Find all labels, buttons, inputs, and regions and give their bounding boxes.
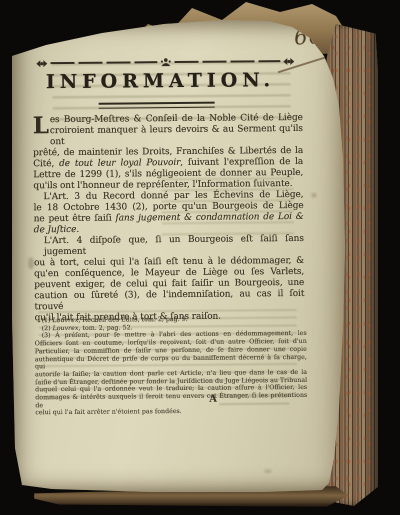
fleuron-icon (160, 57, 171, 68)
ornament-bar (50, 61, 157, 65)
page-title: INFORMATION. (10, 69, 310, 94)
header-ornament-band (36, 55, 294, 69)
paragraph: L'Art. 4 diſpoſe que, ſi un Bourgeois eſ… (34, 234, 305, 324)
footnotes: (1) Louvrex, Recueil des Édits, tom. 2, … (35, 315, 308, 418)
paragraph: Les Bourg-Meſtres & Conſeil de la Noble … (33, 113, 304, 192)
text-line: ne peut être ſaiſi ſans jugement & conda… (34, 212, 304, 225)
stain (264, 469, 272, 473)
title-rule (99, 102, 215, 109)
body-text: Les Bourg-Meſtres & Conſeil de la Noble … (33, 113, 305, 324)
page-content: 60 INFORMATION. Les Bourg-Meſtres & Conſ… (10, 17, 348, 494)
signature-mark: A (209, 394, 217, 405)
fleuron-icon (283, 55, 294, 66)
page: 60 INFORMATION. Les Bourg-Meſtres & Conſ… (12, 18, 346, 492)
book-photo: 60 INFORMATION. Les Bourg-Meſtres & Conſ… (0, 0, 400, 515)
drop-cap: L (33, 115, 49, 136)
fleuron-icon (36, 58, 47, 69)
stain (311, 193, 316, 198)
ornament-bar (174, 60, 281, 64)
paragraph: L'Art. 3 du Record donné par les Échevin… (33, 190, 303, 236)
text-line: croiroient manquer à leurs devoirs & au … (33, 124, 303, 148)
text-line: celui qui l'a fait arrêter n'étoient pas… (35, 407, 307, 417)
paragraph: (3) À préſent, pour ſe mettre à l'abri d… (35, 330, 308, 417)
text-line: L'Art. 4 diſpoſe que, ſi un Bourgeois eſ… (34, 234, 304, 258)
text-line: caution ou ſûreté (3), de l'indemniſatio… (34, 289, 304, 313)
